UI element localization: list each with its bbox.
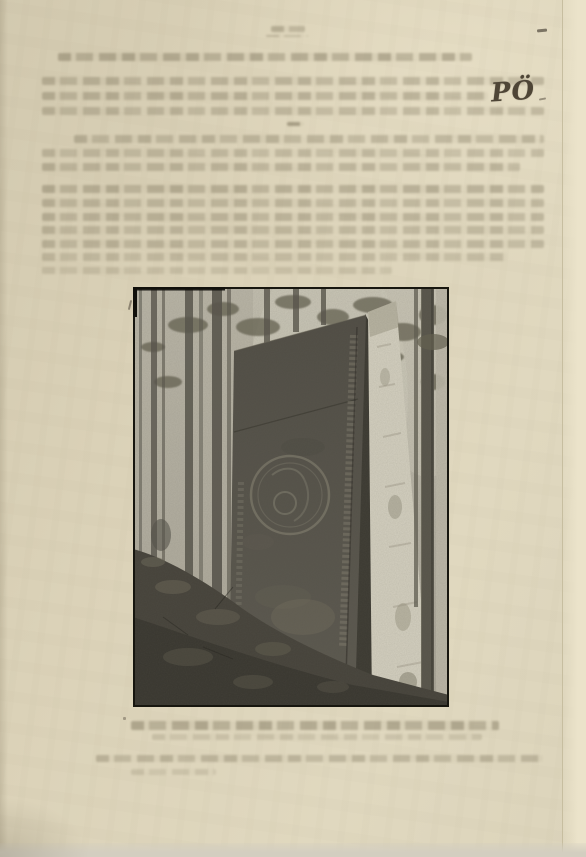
pen-mark bbox=[537, 28, 547, 32]
photo-border-tick bbox=[133, 287, 137, 317]
scanned-page: PÖ bbox=[0, 0, 586, 857]
pen-mark bbox=[128, 300, 132, 310]
photo-border-thick-top bbox=[133, 287, 225, 291]
handwritten-mark: PÖ bbox=[490, 77, 536, 106]
pen-mark bbox=[539, 97, 546, 100]
runestone-photo-svg bbox=[133, 287, 449, 707]
runestone-photograph bbox=[133, 287, 449, 707]
halftone-grain bbox=[133, 287, 449, 707]
pen-mark bbox=[123, 717, 126, 720]
